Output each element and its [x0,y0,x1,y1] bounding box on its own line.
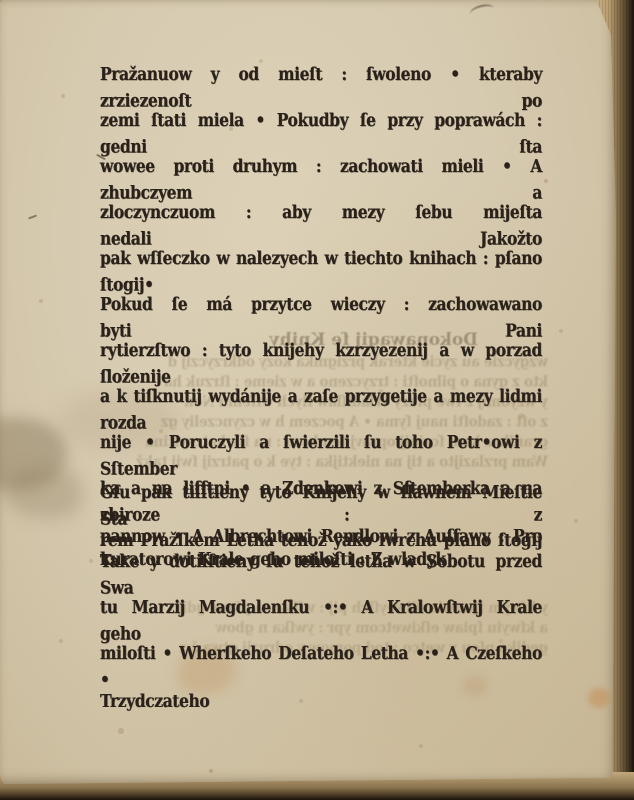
text-line: Trzydczateho [100,687,542,714]
book-page: Dokonawagij ſe Knihy wzgyczie au zycie k… [0,0,616,784]
pen-squiggle-mark [469,2,495,19]
stain-blob [588,688,610,708]
stain-blob [0,418,67,490]
text-line: miloſti • Wherſkeho Deſateho Letha •:• A… [100,639,542,692]
fiber-mark [28,215,37,220]
text-line: Gſu pak tiſſtieny tyto Knijehy w ſlawnem… [100,478,542,531]
paragraph-colophon: Gſu pak tiſſtieny tyto Knijehy w ſlawnem… [100,482,542,712]
foxing-speckles [0,0,2,2]
stain-blob [4,468,82,518]
scanned-book-photo: { "document": { "type": "early printed b… [0,0,634,800]
